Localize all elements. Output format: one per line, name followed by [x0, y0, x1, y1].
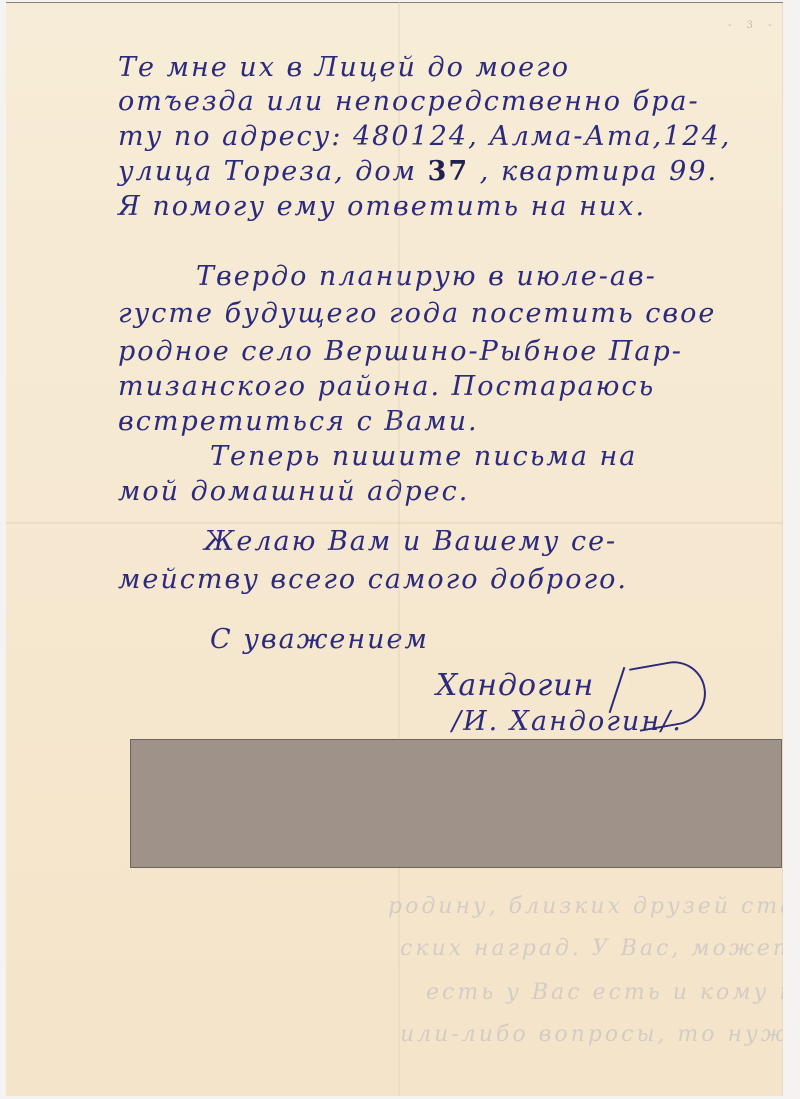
letter-line: Твердо планирую в июле-ав-	[196, 263, 657, 290]
letter-line: Те мне их в Лицей до моего	[118, 54, 570, 81]
letter-line: встретиться с Вами.	[118, 408, 479, 435]
letter-line: густе будущего года посетить свое	[118, 300, 716, 327]
street-text: улица Тореза, дом	[118, 156, 417, 187]
letter-line: мой домашний адрес.	[118, 478, 469, 505]
letter-page: - 3 - родину, близких друзей стали- ских…	[6, 2, 783, 1096]
bleed-through-text: родину, близких друзей стали-	[388, 894, 783, 919]
letter-line: ту по адресу: 480124, Алма-Ата,124,	[118, 123, 731, 150]
letter-line: Теперь пишите письма на	[210, 443, 637, 470]
closing-phrase: С уважением	[210, 626, 429, 653]
signature: Хандогин	[436, 668, 594, 703]
letter-line: тизанского района. Постараюсь	[118, 373, 655, 400]
bleed-through-text: или-либо вопросы, то нужно	[400, 1022, 783, 1047]
bleed-through-text: есть у Вас есть и кому на-	[426, 980, 783, 1005]
bleed-through-text: ских наград. У Вас, может быть,	[400, 936, 783, 961]
letter-line: мейству всего самого доброго.	[118, 566, 628, 593]
letter-line: Желаю Вам и Вашему се-	[204, 528, 617, 555]
letter-line-address: улица Тореза, дом 37 , квартира 99.	[118, 158, 718, 185]
letter-line: Я помогу ему ответить на них.	[118, 193, 646, 220]
page-number-mark: - 3 -	[728, 20, 777, 31]
letter-line: отъезда или непосредственно бра-	[118, 88, 700, 115]
letter-line: родное село Вершино-Рыбное Пар-	[118, 338, 683, 365]
redaction-box	[130, 739, 782, 868]
apartment-text: , квартира 99.	[480, 156, 718, 187]
signature-name: /И. Хандогин/.	[452, 708, 683, 735]
house-number: 37	[428, 156, 470, 187]
